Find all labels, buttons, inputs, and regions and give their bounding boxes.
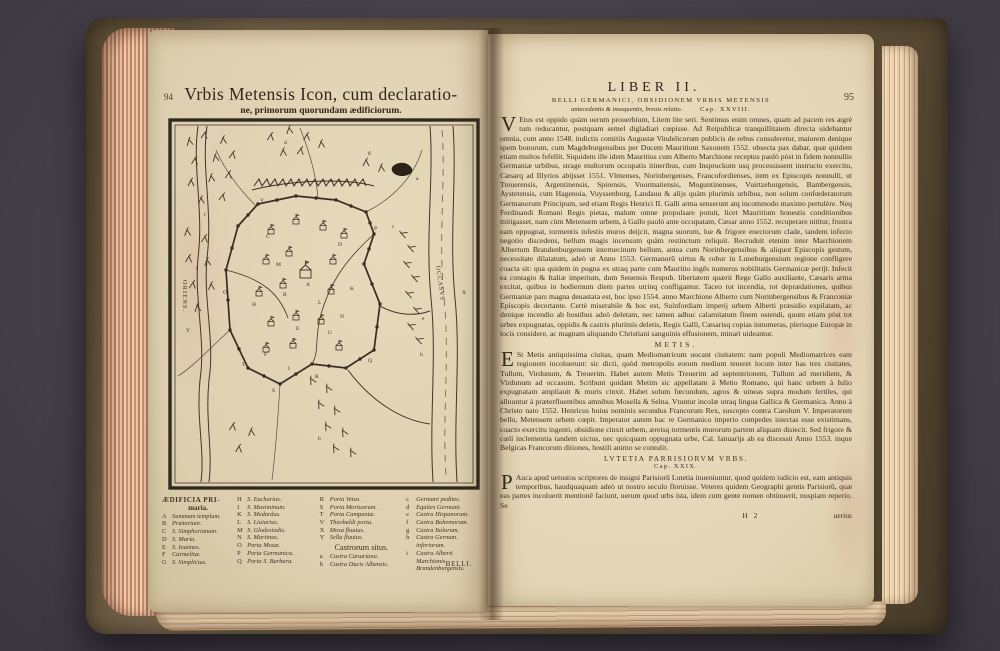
paragraph-lutetia: PAuca apud uetustos scriptores de insign…: [500, 473, 852, 510]
legend-entry: NS. Martinus.: [237, 534, 317, 542]
metz-siege-map: ORIENS. OCCASVS: [168, 118, 480, 490]
svg-text:f: f: [196, 265, 198, 272]
legend-entry: IS. Maximinum.: [237, 504, 317, 512]
map-title-line1: Vrbis Metensis Icon, cum declaratio-: [154, 84, 488, 105]
svg-text:c: c: [392, 224, 395, 230]
svg-text:V: V: [260, 198, 264, 204]
svg-text:d: d: [284, 140, 287, 146]
svg-text:H: H: [252, 302, 256, 308]
legend-column-1: ÆDIFICIA PRI- maria. ASummum templum.BPr…: [162, 496, 234, 573]
map-title-line2: ne, primorum quorundam ædificiorum.: [154, 106, 488, 116]
legend-entry: SPorta Mortuorum.: [320, 504, 403, 512]
drop-cap-p: P: [500, 473, 516, 491]
svg-text:M: M: [276, 262, 281, 268]
legend-entry: hCastra German. inferiorum.: [406, 534, 482, 549]
catchword-left: BELLI.: [446, 560, 472, 568]
svg-text:C: C: [266, 234, 270, 240]
legend-entry: LS. Liuiarius.: [237, 519, 317, 527]
drop-cap-e: E: [500, 350, 517, 368]
chapter-heading: BELLI GERMANICI, OBSIDIONEM VRBIS METENS…: [492, 97, 830, 104]
legend-entry: dEquites Germani.: [406, 504, 482, 512]
svg-text:E: E: [296, 326, 300, 332]
svg-text:K: K: [350, 286, 354, 292]
svg-text:g: g: [368, 150, 371, 156]
legend-entry: OPorta Mosæ.: [237, 542, 317, 550]
paragraph-belli-germanici: VEtus est oppido quàm uerum prouerbium, …: [500, 115, 852, 338]
paragraph-metis: ESt Metis antiquissima ciuitas, quam Med…: [500, 350, 852, 452]
svg-text:S: S: [272, 388, 275, 394]
section-heading-metis: METIS.: [500, 340, 852, 349]
legend-subheading: Castrorum situs.: [320, 543, 403, 553]
svg-text:a: a: [416, 176, 419, 182]
river-mosa: [348, 126, 457, 482]
running-header: LIBER II.: [488, 80, 820, 96]
svg-text:G: G: [328, 330, 332, 336]
legend-entry: CS. Simphorianum.: [162, 528, 234, 536]
signature-mark: H 2: [742, 511, 759, 520]
legend-entry: PPorta Germanica.: [237, 550, 317, 558]
legend-entry: ASummum templum.: [162, 513, 234, 521]
drop-cap-v: V: [500, 115, 519, 133]
legend-entry: GS. Simplicius.: [162, 559, 234, 567]
body-text: VEtus est oppido quàm uerum prouerbium, …: [500, 115, 852, 520]
legend-entry: FCarmelitæ.: [162, 551, 234, 559]
svg-text:I: I: [288, 366, 290, 372]
fore-edge-right: [882, 46, 918, 604]
chapter-subheading: antecedentis & insequentis, breuis relat…: [492, 106, 830, 113]
svg-text:b: b: [318, 436, 321, 442]
legend-column-3: RPorta Vetus.SPorta Mortuorum.TPorta Cam…: [320, 496, 403, 573]
right-page: LIBER II. 95 BELLI GERMANICI, OBSIDIONEM…: [488, 34, 874, 606]
woodcut-map-svg: ORIENS. OCCASVS: [168, 118, 480, 490]
svg-text:i: i: [204, 212, 206, 218]
svg-text:N: N: [340, 314, 344, 320]
pond: [392, 163, 413, 176]
chapter-number: Cap. XXVIII.: [700, 106, 751, 113]
svg-text:D: D: [338, 242, 342, 248]
legend-entry: QPorta S. Barbara.: [237, 558, 317, 566]
legend-entry: HS. Eucharius.: [237, 496, 317, 504]
photo-scene: 94 Vrbis Metensis Icon, cum declaratio- …: [0, 0, 1000, 651]
svg-text:R: R: [315, 374, 319, 380]
cathedral: [300, 261, 311, 278]
svg-text:F: F: [264, 352, 267, 358]
legend-entry: aCastra Cæsariana.: [320, 553, 403, 561]
svg-text:e: e: [422, 316, 425, 322]
svg-text:P: P: [374, 226, 377, 232]
svg-text:L: L: [318, 300, 322, 306]
map-label-occasus: OCCASVS: [434, 265, 446, 301]
siege-palisade: [252, 179, 374, 190]
legend-entry: BPrætorium.: [162, 520, 234, 528]
legend-entry: DS. Maria.: [162, 536, 234, 544]
section-heading-lutetia: LVTETIA PARRISIORVM VRBS.: [500, 454, 852, 463]
svg-text:A: A: [306, 282, 310, 288]
legend-entry: YSella fluuius.: [320, 534, 403, 542]
page-number-right: 95: [844, 92, 854, 103]
section-cap-lutetia: Cap. XXIX.: [500, 463, 852, 472]
legend-entry: KS. Medardus.: [237, 511, 317, 519]
signature-row: H 2 uerius: [500, 511, 852, 520]
chapter-subheading-text: antecedentis & insequentis, breuis relat…: [571, 106, 682, 113]
city-walls: [224, 194, 381, 385]
map-legend: ÆDIFICIA PRI- maria. ASummum templum.BPr…: [162, 496, 482, 573]
legend-entry: eCastra Hispanorum.: [406, 511, 482, 519]
legend-entry: TPorta Campaniæ.: [320, 511, 403, 519]
open-book: 94 Vrbis Metensis Icon, cum declaratio- …: [86, 18, 948, 634]
legend-entry: fCastra Bohemorum.: [406, 519, 482, 527]
legend-entry: ES. Ioannes.: [162, 544, 234, 552]
svg-text:B: B: [283, 292, 287, 298]
river-sella: [196, 126, 210, 482]
legend-entry: MS. Glodesindis.: [237, 527, 317, 535]
catchword-right: uerius: [833, 511, 852, 520]
map-label-oriens: ORIENS.: [181, 280, 188, 312]
legend-entry: bCastra Ducis Albensis.: [320, 561, 403, 569]
svg-text:h: h: [420, 352, 423, 358]
svg-text:O: O: [223, 290, 227, 296]
left-page: 94 Vrbis Metensis Icon, cum declaratio- …: [148, 30, 488, 612]
svg-text:Y: Y: [186, 328, 190, 334]
legend-column-2: HS. Eucharius.IS. Maximinum.KS. Medardus…: [237, 496, 317, 573]
svg-text:Q: Q: [368, 358, 372, 364]
legend-heading: ÆDIFICIA PRI-: [162, 496, 234, 504]
legend-entry: cGermani pedites.: [406, 496, 482, 504]
legend-entry: RPorta Vetus.: [320, 496, 403, 504]
legend-entry: VTheobaldi porta.: [320, 519, 403, 527]
svg-text:X: X: [462, 290, 466, 296]
legend-entry: gCastra Italorum.: [406, 527, 482, 535]
legend-entry: XMosa fluuius.: [320, 527, 403, 535]
